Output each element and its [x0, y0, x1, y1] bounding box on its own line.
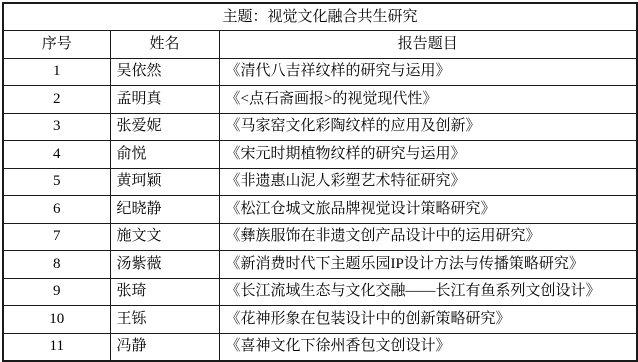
row-no-cell: 9: [3, 278, 110, 306]
row-topic-cell: 《喜神文化下徐州香包文创设计》: [219, 333, 637, 361]
row-no-cell: 1: [3, 58, 110, 86]
table-row: 7 施文文 《彝族服饰在非遗文创产品设计中的运用研究》: [3, 223, 637, 251]
row-topic-cell: 《彝族服饰在非遗文创产品设计中的运用研究》: [219, 223, 637, 251]
row-no-cell: 8: [3, 251, 110, 279]
row-name-cell: 纪晓静: [110, 196, 219, 224]
row-name-cell: 张琦: [110, 278, 219, 306]
table-title: 主题：视觉文化融合共生研究: [3, 3, 637, 31]
title-row: 主题：视觉文化融合共生研究: [3, 3, 637, 31]
table-row: 9 张琦 《长江流域生态与文化交融——长江有鱼系列文创设计》: [3, 278, 637, 306]
row-no-cell: 3: [3, 113, 110, 141]
row-topic-cell: 《清代八吉祥纹样的研究与运用》: [219, 58, 637, 86]
row-no-cell: 4: [3, 141, 110, 169]
row-no-cell: 10: [3, 306, 110, 334]
table-row: 2 孟明真 《<点石斋画报>的视觉现代性》: [3, 86, 637, 114]
row-name-cell: 冯静: [110, 333, 219, 361]
column-header-no: 序号: [3, 31, 110, 59]
row-no-cell: 11: [3, 333, 110, 361]
row-topic-cell: 《花神形象在包装设计中的创新策略研究》: [219, 306, 637, 334]
row-name-cell: 孟明真: [110, 86, 219, 114]
row-name-cell: 施文文: [110, 223, 219, 251]
row-name-cell: 王铄: [110, 306, 219, 334]
table-row: 3 张爱妮 《马家窑文化彩陶纹样的应用及创新》: [3, 113, 637, 141]
row-name-cell: 张爱妮: [110, 113, 219, 141]
row-topic-cell: 《松江仓城文旅品牌视觉设计策略研究》: [219, 196, 637, 224]
table-row: 5 黄珂颖 《非遗惠山泥人彩塑艺术特征研究》: [3, 168, 637, 196]
table-row: 6 纪晓静 《松江仓城文旅品牌视觉设计策略研究》: [3, 196, 637, 224]
row-name-cell: 汤紫薇: [110, 251, 219, 279]
row-name-cell: 黄珂颖: [110, 168, 219, 196]
row-name-cell: 俞悦: [110, 141, 219, 169]
table-row: 11 冯静 《喜神文化下徐州香包文创设计》: [3, 333, 637, 361]
column-header-name: 姓名: [110, 31, 219, 59]
row-name-cell: 吴依然: [110, 58, 219, 86]
table-row: 4 俞悦 《宋元时期植物纹样的研究与运用》: [3, 141, 637, 169]
row-topic-cell: 《新消费时代下主题乐园IP设计方法与传播策略研究》: [219, 251, 637, 279]
row-no-cell: 2: [3, 86, 110, 114]
row-topic-cell: 《<点石斋画报>的视觉现代性》: [219, 86, 637, 114]
table-row: 8 汤紫薇 《新消费时代下主题乐园IP设计方法与传播策略研究》: [3, 251, 637, 279]
row-no-cell: 7: [3, 223, 110, 251]
header-row: 序号 姓名 报告题目: [3, 31, 637, 59]
row-topic-cell: 《长江流域生态与文化交融——长江有鱼系列文创设计》: [219, 278, 637, 306]
row-no-cell: 6: [3, 196, 110, 224]
table-row: 1 吴依然 《清代八吉祥纹样的研究与运用》: [3, 58, 637, 86]
report-schedule-table: 主题：视觉文化融合共生研究 序号 姓名 报告题目 1 吴依然 《清代八吉祥纹样的…: [2, 2, 638, 362]
table-row: 10 王铄 《花神形象在包装设计中的创新策略研究》: [3, 306, 637, 334]
row-topic-cell: 《马家窑文化彩陶纹样的应用及创新》: [219, 113, 637, 141]
row-topic-cell: 《宋元时期植物纹样的研究与运用》: [219, 141, 637, 169]
column-header-topic: 报告题目: [219, 31, 637, 59]
row-topic-cell: 《非遗惠山泥人彩塑艺术特征研究》: [219, 168, 637, 196]
row-no-cell: 5: [3, 168, 110, 196]
